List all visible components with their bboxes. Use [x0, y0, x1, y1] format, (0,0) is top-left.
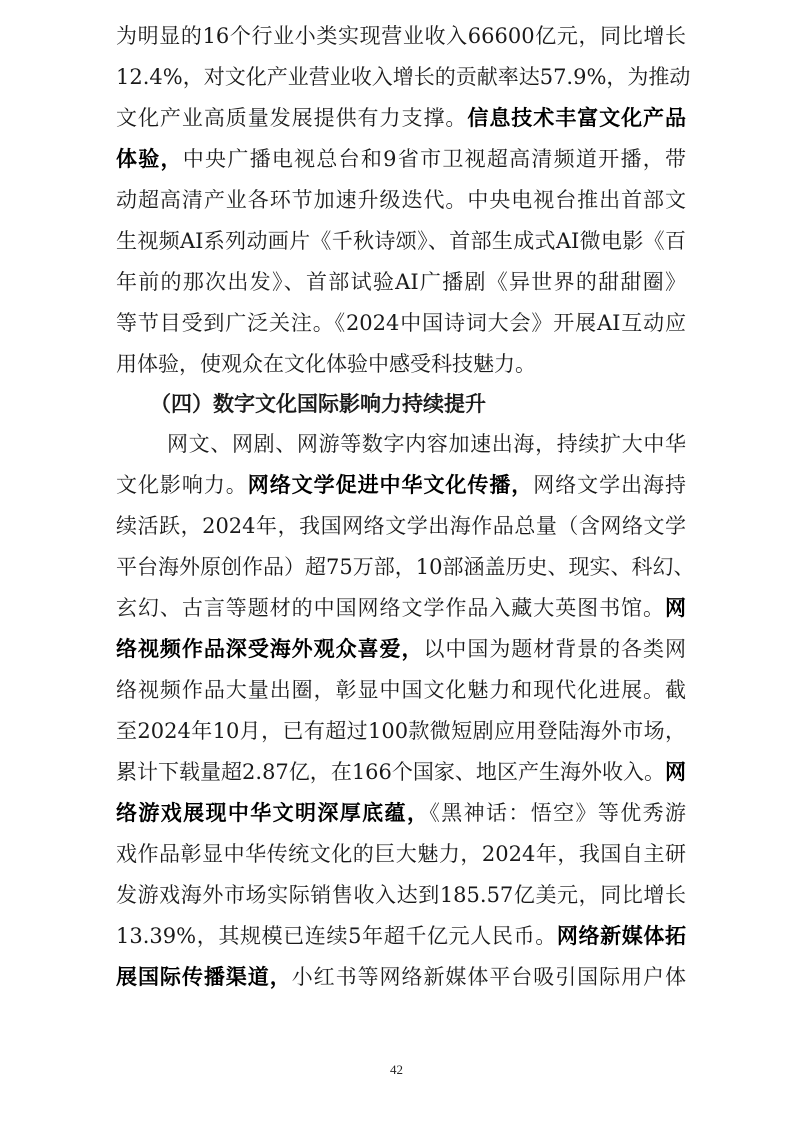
text-line: 动超高清产业各环节加速升级迭代。中央电视台推出首部文 — [116, 180, 686, 220]
text-run: 为明显的16个行业小类实现营业收入66600亿元，同比增长 — [116, 24, 686, 48]
text-run: 玄幻、古言等题材的中国网络文学作品入藏大英图书馆。 — [116, 596, 665, 620]
emphasis-run: 络视频作品深受海外观众喜爱， — [116, 637, 423, 661]
text-line: 年前的那次出发》、首部试验AI广播剧《异世界的甜甜圈》 — [116, 262, 686, 302]
text-line: 文化影响力。网络文学促进中华文化传播，网络文学出海持 — [116, 465, 686, 505]
document-page: 为明显的16个行业小类实现营业收入66600亿元，同比增长 12.4%，对文化产… — [0, 0, 793, 1122]
text-line: 发游戏海外市场实际销售收入达到185.57亿美元，同比增长 — [116, 875, 686, 915]
emphasis-run: 信息技术丰富文化产品 — [467, 106, 686, 130]
emphasis-run: 网 — [665, 760, 686, 784]
emphasis-run: 网络新媒体拓 — [557, 924, 686, 948]
text-run: 以中国为题材背景的各类网 — [423, 637, 686, 661]
text-run: 中央广播电视总台和9省市卫视超高清频道开播，带 — [183, 147, 686, 171]
emphasis-run: 络游戏展现中华文明深厚底蕴， — [116, 801, 429, 825]
text-line: 络视频作品大量出圈，彰显中国文化魅力和现代化进展。截 — [116, 670, 686, 710]
text-run: 戏作品彰显中华传统文化的巨大魅力，2024年，我国自主研 — [116, 842, 686, 866]
text-line: 等节目受到广泛关注。《2024中国诗词大会》开展AI互动应 — [116, 303, 686, 343]
text-run: 平台海外原创作品）超75万部，10部涵盖历史、现实、科幻、 — [116, 555, 694, 579]
text-run: 文化产业高质量发展提供有力支撑。 — [116, 106, 467, 130]
text-line: 为明显的16个行业小类实现营业收入66600亿元，同比增长 — [116, 16, 686, 56]
emphasis-run: 网 — [665, 596, 686, 620]
text-run: 文化影响力。 — [116, 473, 248, 497]
text-line: 络游戏展现中华文明深厚底蕴，《黑神话：悟空》等优秀游 — [116, 793, 686, 833]
text-run: 网络文学出海持 — [533, 473, 686, 497]
text-run: 至2024年10月，已有超过100款微短剧应用登陆海外市场， — [116, 719, 686, 743]
text-line: 文化产业高质量发展提供有力支撑。信息技术丰富文化产品 — [116, 98, 686, 138]
emphasis-run: 体验， — [116, 147, 183, 171]
text-line: 至2024年10月，已有超过100款微短剧应用登陆海外市场， — [116, 711, 686, 751]
text-run: 等节目受到广泛关注。《2024中国诗词大会》开展AI互动应 — [116, 311, 686, 335]
text-run: 网文、网剧、网游等数字内容加速出海，持续扩大中华 — [167, 432, 686, 456]
text-run: 小红书等网络新媒体平台吸引国际用户体 — [292, 965, 686, 989]
text-line: 12.4%，对文化产业营业收入增长的贡献率达57.9%，为推动 — [116, 57, 686, 97]
text-run: 发游戏海外市场实际销售收入达到185.57亿美元，同比增长 — [116, 883, 686, 907]
text-line: 戏作品彰显中华传统文化的巨大魅力，2024年，我国自主研 — [116, 834, 686, 874]
text-line: 络视频作品深受海外观众喜爱，以中国为题材背景的各类网 — [116, 629, 686, 669]
heading-text: （四）数字文化国际影响力持续提升 — [150, 392, 486, 416]
text-run: 累计下载量超2.87亿，在166个国家、地区产生海外收入。 — [116, 760, 665, 784]
text-line: 累计下载量超2.87亿，在166个国家、地区产生海外收入。网 — [116, 752, 686, 792]
text-run: 络视频作品大量出圈，彰显中国文化魅力和现代化进展。截 — [116, 678, 686, 702]
page-number: 42 — [0, 1062, 793, 1078]
text-line: 展国际传播渠道，小红书等网络新媒体平台吸引国际用户体 — [116, 957, 686, 997]
text-run: 年前的那次出发》、首部试验AI广播剧《异世界的甜甜圈》 — [116, 270, 686, 294]
text-line: 玄幻、古言等题材的中国网络文学作品入藏大英图书馆。网 — [116, 588, 686, 628]
text-run: 《黑神话：悟空》等优秀游 — [429, 801, 686, 825]
text-run: 用体验，使观众在文化体验中感受科技魅力。 — [116, 352, 536, 376]
text-run: 动超高清产业各环节加速升级迭代。中央电视台推出首部文 — [116, 188, 686, 212]
text-line: 13.39%，其规模已连续5年超千亿元人民币。网络新媒体拓 — [116, 916, 686, 956]
text-line: 生视频AI系列动画片《千秋诗颂》、首部生成式AI微电影《百 — [116, 221, 686, 261]
text-run: 12.4%，对文化产业营业收入增长的贡献率达57.9%，为推动 — [116, 65, 690, 89]
text-line: 网文、网剧、网游等数字内容加速出海，持续扩大中华 — [167, 424, 686, 464]
emphasis-run: 网络文学促进中华文化传播， — [248, 473, 533, 497]
text-run: 13.39%，其规模已连续5年超千亿元人民币。 — [116, 924, 557, 948]
text-line: 平台海外原创作品）超75万部，10部涵盖历史、现实、科幻、 — [116, 547, 686, 587]
text-line: 续活跃，2024年，我国网络文学出海作品总量（含网络文学 — [116, 506, 686, 546]
emphasis-run: 展国际传播渠道， — [116, 965, 292, 989]
section-heading: （四）数字文化国际影响力持续提升 — [150, 384, 570, 424]
text-line: 体验，中央广播电视总台和9省市卫视超高清频道开播，带 — [116, 139, 686, 179]
text-line: 用体验，使观众在文化体验中感受科技魅力。 — [116, 344, 686, 384]
text-run: 生视频AI系列动画片《千秋诗颂》、首部生成式AI微电影《百 — [116, 229, 686, 253]
text-run: 续活跃，2024年，我国网络文学出海作品总量（含网络文学 — [116, 514, 686, 538]
